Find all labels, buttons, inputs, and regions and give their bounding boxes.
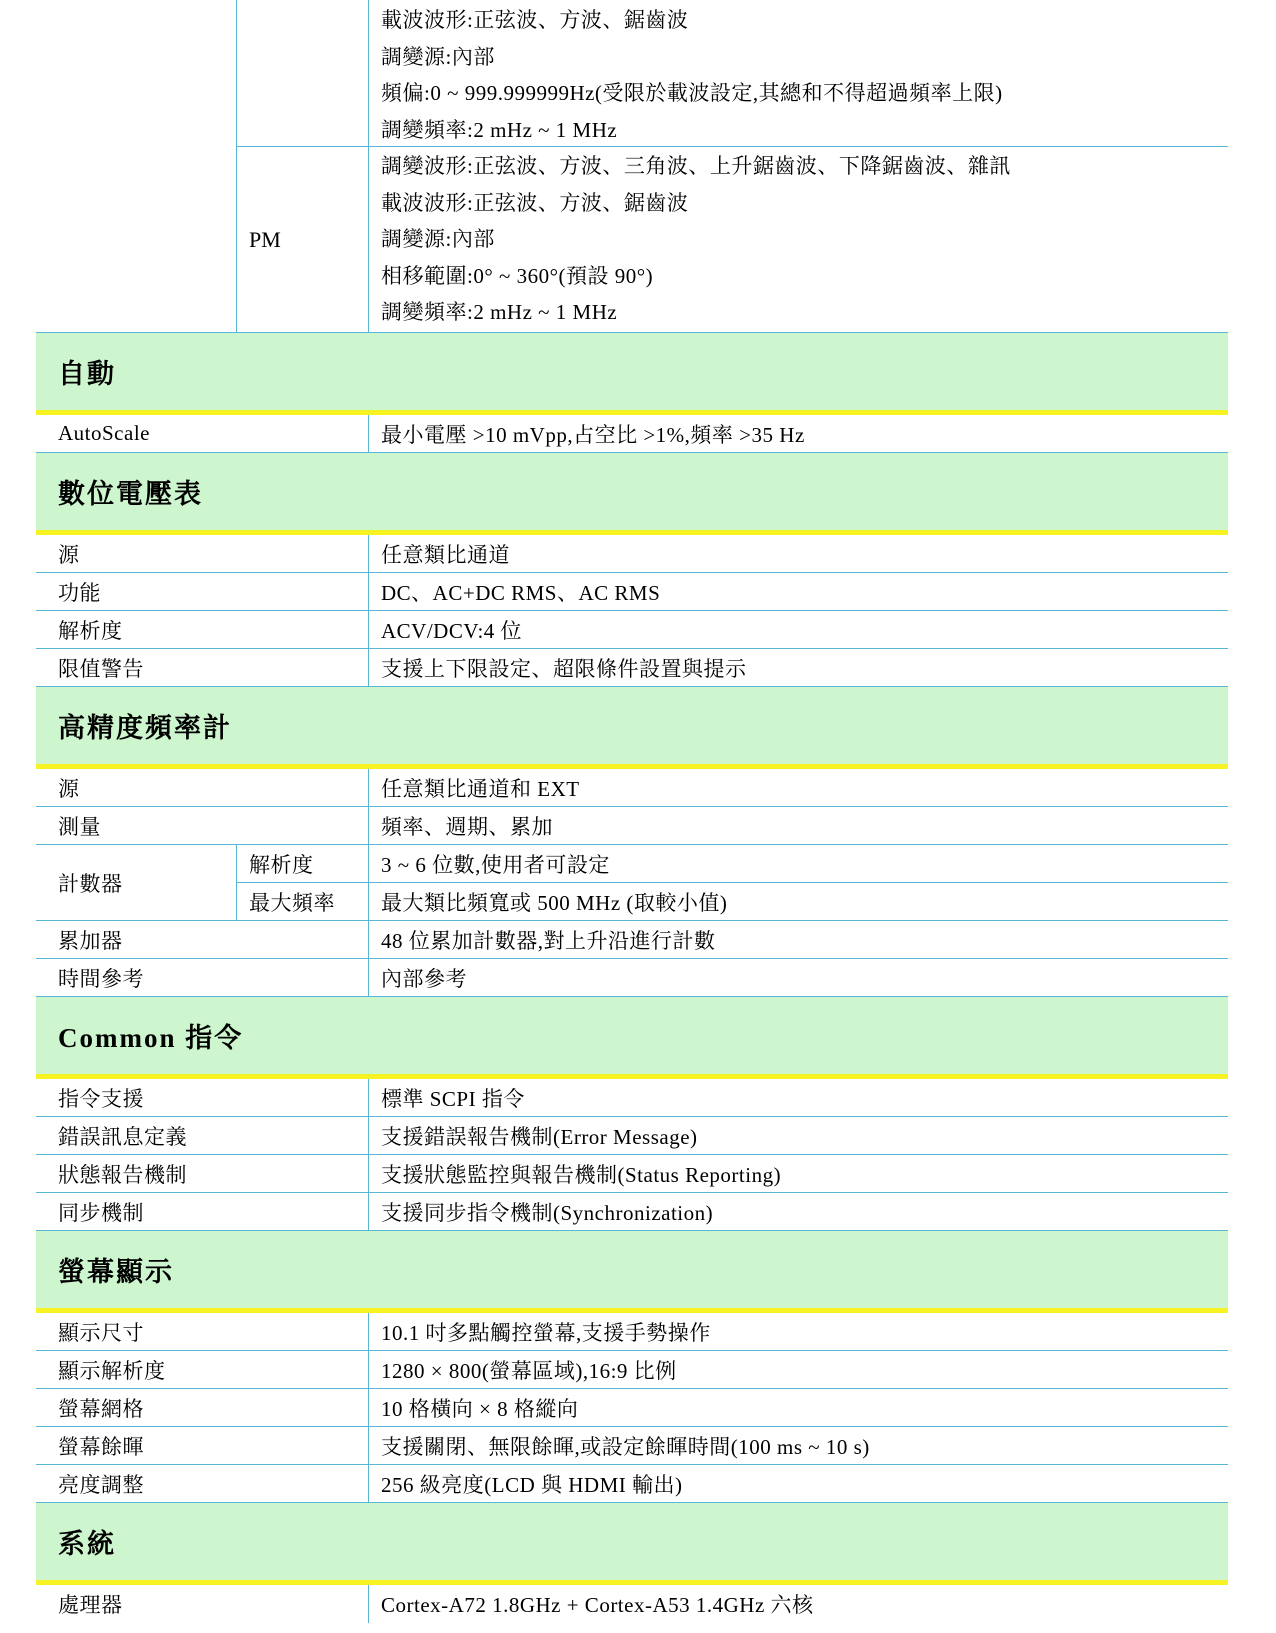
spec-label: 時間參考 — [36, 959, 369, 996]
modulation-category-cell — [36, 0, 237, 332]
sub-value: 3 ~ 6 位數,使用者可設定 — [369, 845, 1228, 882]
spec-label: 亮度調整 — [36, 1465, 369, 1502]
section-title: Common 指令 — [58, 1016, 243, 1055]
spec-label: 累加器 — [36, 921, 369, 958]
spec-row-status-reporting: 狀態報告機制 支援狀態監控與報告機制(Status Reporting) — [36, 1155, 1228, 1193]
spec-value: 最小電壓 >10 mVpp,占空比 >1%,頻率 >35 Hz — [369, 415, 1228, 452]
pm-value-cell: 調變波形:正弦波、方波、三角波、上升鋸齒波、下降鋸齒波、雜訊 載波波形:正弦波、… — [369, 146, 1228, 332]
spec-row-synchronization: 同步機制 支援同步指令機制(Synchronization) — [36, 1193, 1228, 1231]
fm-value-cell: 載波波形:正弦波、方波、鋸齒波 調變源:內部 頻偏:0 ~ 999.999999… — [369, 0, 1228, 146]
spec-label: 限值警告 — [36, 649, 369, 686]
spec-label: 顯示尺寸 — [36, 1313, 369, 1350]
spec-value: 標準 SCPI 指令 — [369, 1079, 1228, 1116]
section-header-common-commands: Common 指令 — [36, 997, 1228, 1079]
spec-value: 1280 × 800(螢幕區域),16:9 比例 — [369, 1351, 1228, 1388]
spec-row-source: 源 任意類比通道 — [36, 535, 1228, 573]
spec-value: 任意類比通道 — [369, 535, 1228, 572]
spec-label: 功能 — [36, 573, 369, 610]
spec-label: 測量 — [36, 807, 369, 844]
spec-value: 內部參考 — [369, 959, 1228, 996]
spec-row-function: 功能 DC、AC+DC RMS、AC RMS — [36, 573, 1228, 611]
spec-value: ACV/DCV:4 位 — [369, 611, 1228, 648]
spec-label: 解析度 — [36, 611, 369, 648]
spec-table: 載波波形:正弦波、方波、鋸齒波 調變源:內部 頻偏:0 ~ 999.999999… — [36, 0, 1228, 1623]
counter-subrow: 解析度 3 ~ 6 位數,使用者可設定 — [237, 845, 1228, 883]
spec-label: 錯誤訊息定義 — [36, 1117, 369, 1154]
spec-row-display-grid: 螢幕網格 10 格橫向 × 8 格縱向 — [36, 1389, 1228, 1427]
section-title: 螢幕顯示 — [58, 1250, 174, 1289]
spec-value: 256 級亮度(LCD 與 HDMI 輸出) — [369, 1465, 1228, 1502]
spec-row-persistence: 螢幕餘暉 支援關閉、無限餘暉,或設定餘暉時間(100 ms ~ 10 s) — [36, 1427, 1228, 1465]
section-title: 自動 — [58, 352, 116, 391]
spec-value: 支援上下限設定、超限條件設置與提示 — [369, 649, 1228, 686]
spec-label: AutoScale — [36, 415, 369, 452]
counter-subrows: 解析度 3 ~ 6 位數,使用者可設定 最大頻率 最大類比頻寬或 500 MHz… — [237, 845, 1228, 920]
section-title: 高精度頻率計 — [58, 706, 232, 745]
spec-label: 螢幕餘暉 — [36, 1427, 369, 1464]
spec-value: 支援同步指令機制(Synchronization) — [369, 1193, 1228, 1230]
spec-row-display-resolution: 顯示解析度 1280 × 800(螢幕區域),16:9 比例 — [36, 1351, 1228, 1389]
spec-row-error-message: 錯誤訊息定義 支援錯誤報告機制(Error Message) — [36, 1117, 1228, 1155]
section-header-system: 系統 — [36, 1503, 1228, 1585]
spec-row-limit-alert: 限值警告 支援上下限設定、超限條件設置與提示 — [36, 649, 1228, 687]
sub-label: 最大頻率 — [237, 883, 369, 920]
fm-label-cell — [237, 0, 369, 146]
spec-value: 10.1 吋多點觸控螢幕,支援手勢操作 — [369, 1313, 1228, 1350]
spec-label: 顯示解析度 — [36, 1351, 369, 1388]
spec-value: 48 位累加計數器,對上升沿進行計數 — [369, 921, 1228, 958]
spec-label: 處理器 — [36, 1585, 369, 1623]
value-line: 相移範圍:0° ~ 360°(預設 90°) — [381, 258, 1228, 295]
spec-row-source: 源 任意類比通道和 EXT — [36, 769, 1228, 807]
sub-value: 最大類比頻寬或 500 MHz (取較小值) — [369, 883, 1228, 920]
pm-label-cell: PM — [237, 146, 369, 332]
value-line: 調變頻率:2 mHz ~ 1 MHz — [381, 294, 1228, 331]
pm-label: PM — [249, 227, 281, 253]
section-header-display: 螢幕顯示 — [36, 1231, 1228, 1313]
spec-row-resolution: 解析度 ACV/DCV:4 位 — [36, 611, 1228, 649]
spec-row-measure: 測量 頻率、週期、累加 — [36, 807, 1228, 845]
spec-row-autoscale: AutoScale 最小電壓 >10 mVpp,占空比 >1%,頻率 >35 H… — [36, 415, 1228, 453]
value-line: 載波波形:正弦波、方波、鋸齒波 — [381, 2, 1228, 39]
spec-label: 狀態報告機制 — [36, 1155, 369, 1192]
modulation-table-fragment: 載波波形:正弦波、方波、鋸齒波 調變源:內部 頻偏:0 ~ 999.999999… — [36, 0, 1228, 333]
spec-row-totalizer: 累加器 48 位累加計數器,對上升沿進行計數 — [36, 921, 1228, 959]
value-line: 載波波形:正弦波、方波、鋸齒波 — [381, 185, 1228, 222]
spec-row-display-size: 顯示尺寸 10.1 吋多點觸控螢幕,支援手勢操作 — [36, 1313, 1228, 1351]
spec-label: 螢幕網格 — [36, 1389, 369, 1426]
section-header-auto: 自動 — [36, 333, 1228, 415]
spec-value: DC、AC+DC RMS、AC RMS — [369, 573, 1228, 610]
spec-label: 源 — [36, 535, 369, 572]
section-header-dvm: 數位電壓表 — [36, 453, 1228, 535]
spec-row-command-support: 指令支援 標準 SCPI 指令 — [36, 1079, 1228, 1117]
value-line: 調變頻率:2 mHz ~ 1 MHz — [381, 112, 1228, 149]
spec-value: 頻率、週期、累加 — [369, 807, 1228, 844]
spec-document-page: 載波波形:正弦波、方波、鋸齒波 調變源:內部 頻偏:0 ~ 999.999999… — [0, 0, 1276, 1633]
value-line: 調變源:內部 — [381, 221, 1228, 258]
spec-value: 支援錯誤報告機制(Error Message) — [369, 1117, 1228, 1154]
spec-value: 任意類比通道和 EXT — [369, 769, 1228, 806]
counter-group-row: 計數器 解析度 3 ~ 6 位數,使用者可設定 最大頻率 最大類比頻寬或 500… — [36, 845, 1228, 921]
spec-label: 源 — [36, 769, 369, 806]
spec-row-brightness: 亮度調整 256 級亮度(LCD 與 HDMI 輸出) — [36, 1465, 1228, 1503]
value-line: 調變源:內部 — [381, 39, 1228, 76]
spec-value: 支援狀態監控與報告機制(Status Reporting) — [369, 1155, 1228, 1192]
spec-label: 同步機制 — [36, 1193, 369, 1230]
spec-row-processor: 處理器 Cortex-A72 1.8GHz + Cortex-A53 1.4GH… — [36, 1585, 1228, 1623]
spec-label: 指令支援 — [36, 1079, 369, 1116]
spec-value: 支援關閉、無限餘暉,或設定餘暉時間(100 ms ~ 10 s) — [369, 1427, 1228, 1464]
spec-value: 10 格橫向 × 8 格縱向 — [369, 1389, 1228, 1426]
section-title: 數位電壓表 — [58, 472, 203, 511]
spec-row-timebase: 時間參考 內部參考 — [36, 959, 1228, 997]
sub-label: 解析度 — [237, 845, 369, 882]
section-header-counter: 高精度頻率計 — [36, 687, 1228, 769]
section-title: 系統 — [58, 1522, 116, 1561]
value-line: 頻偏:0 ~ 999.999999Hz(受限於載波設定,其總和不得超過頻率上限) — [381, 75, 1228, 112]
spec-label: 計數器 — [36, 845, 237, 920]
spec-value: Cortex-A72 1.8GHz + Cortex-A53 1.4GHz 六核 — [369, 1585, 1228, 1623]
counter-subrow: 最大頻率 最大類比頻寬或 500 MHz (取較小值) — [237, 883, 1228, 920]
value-line: 調變波形:正弦波、方波、三角波、上升鋸齒波、下降鋸齒波、雜訊 — [381, 148, 1228, 185]
